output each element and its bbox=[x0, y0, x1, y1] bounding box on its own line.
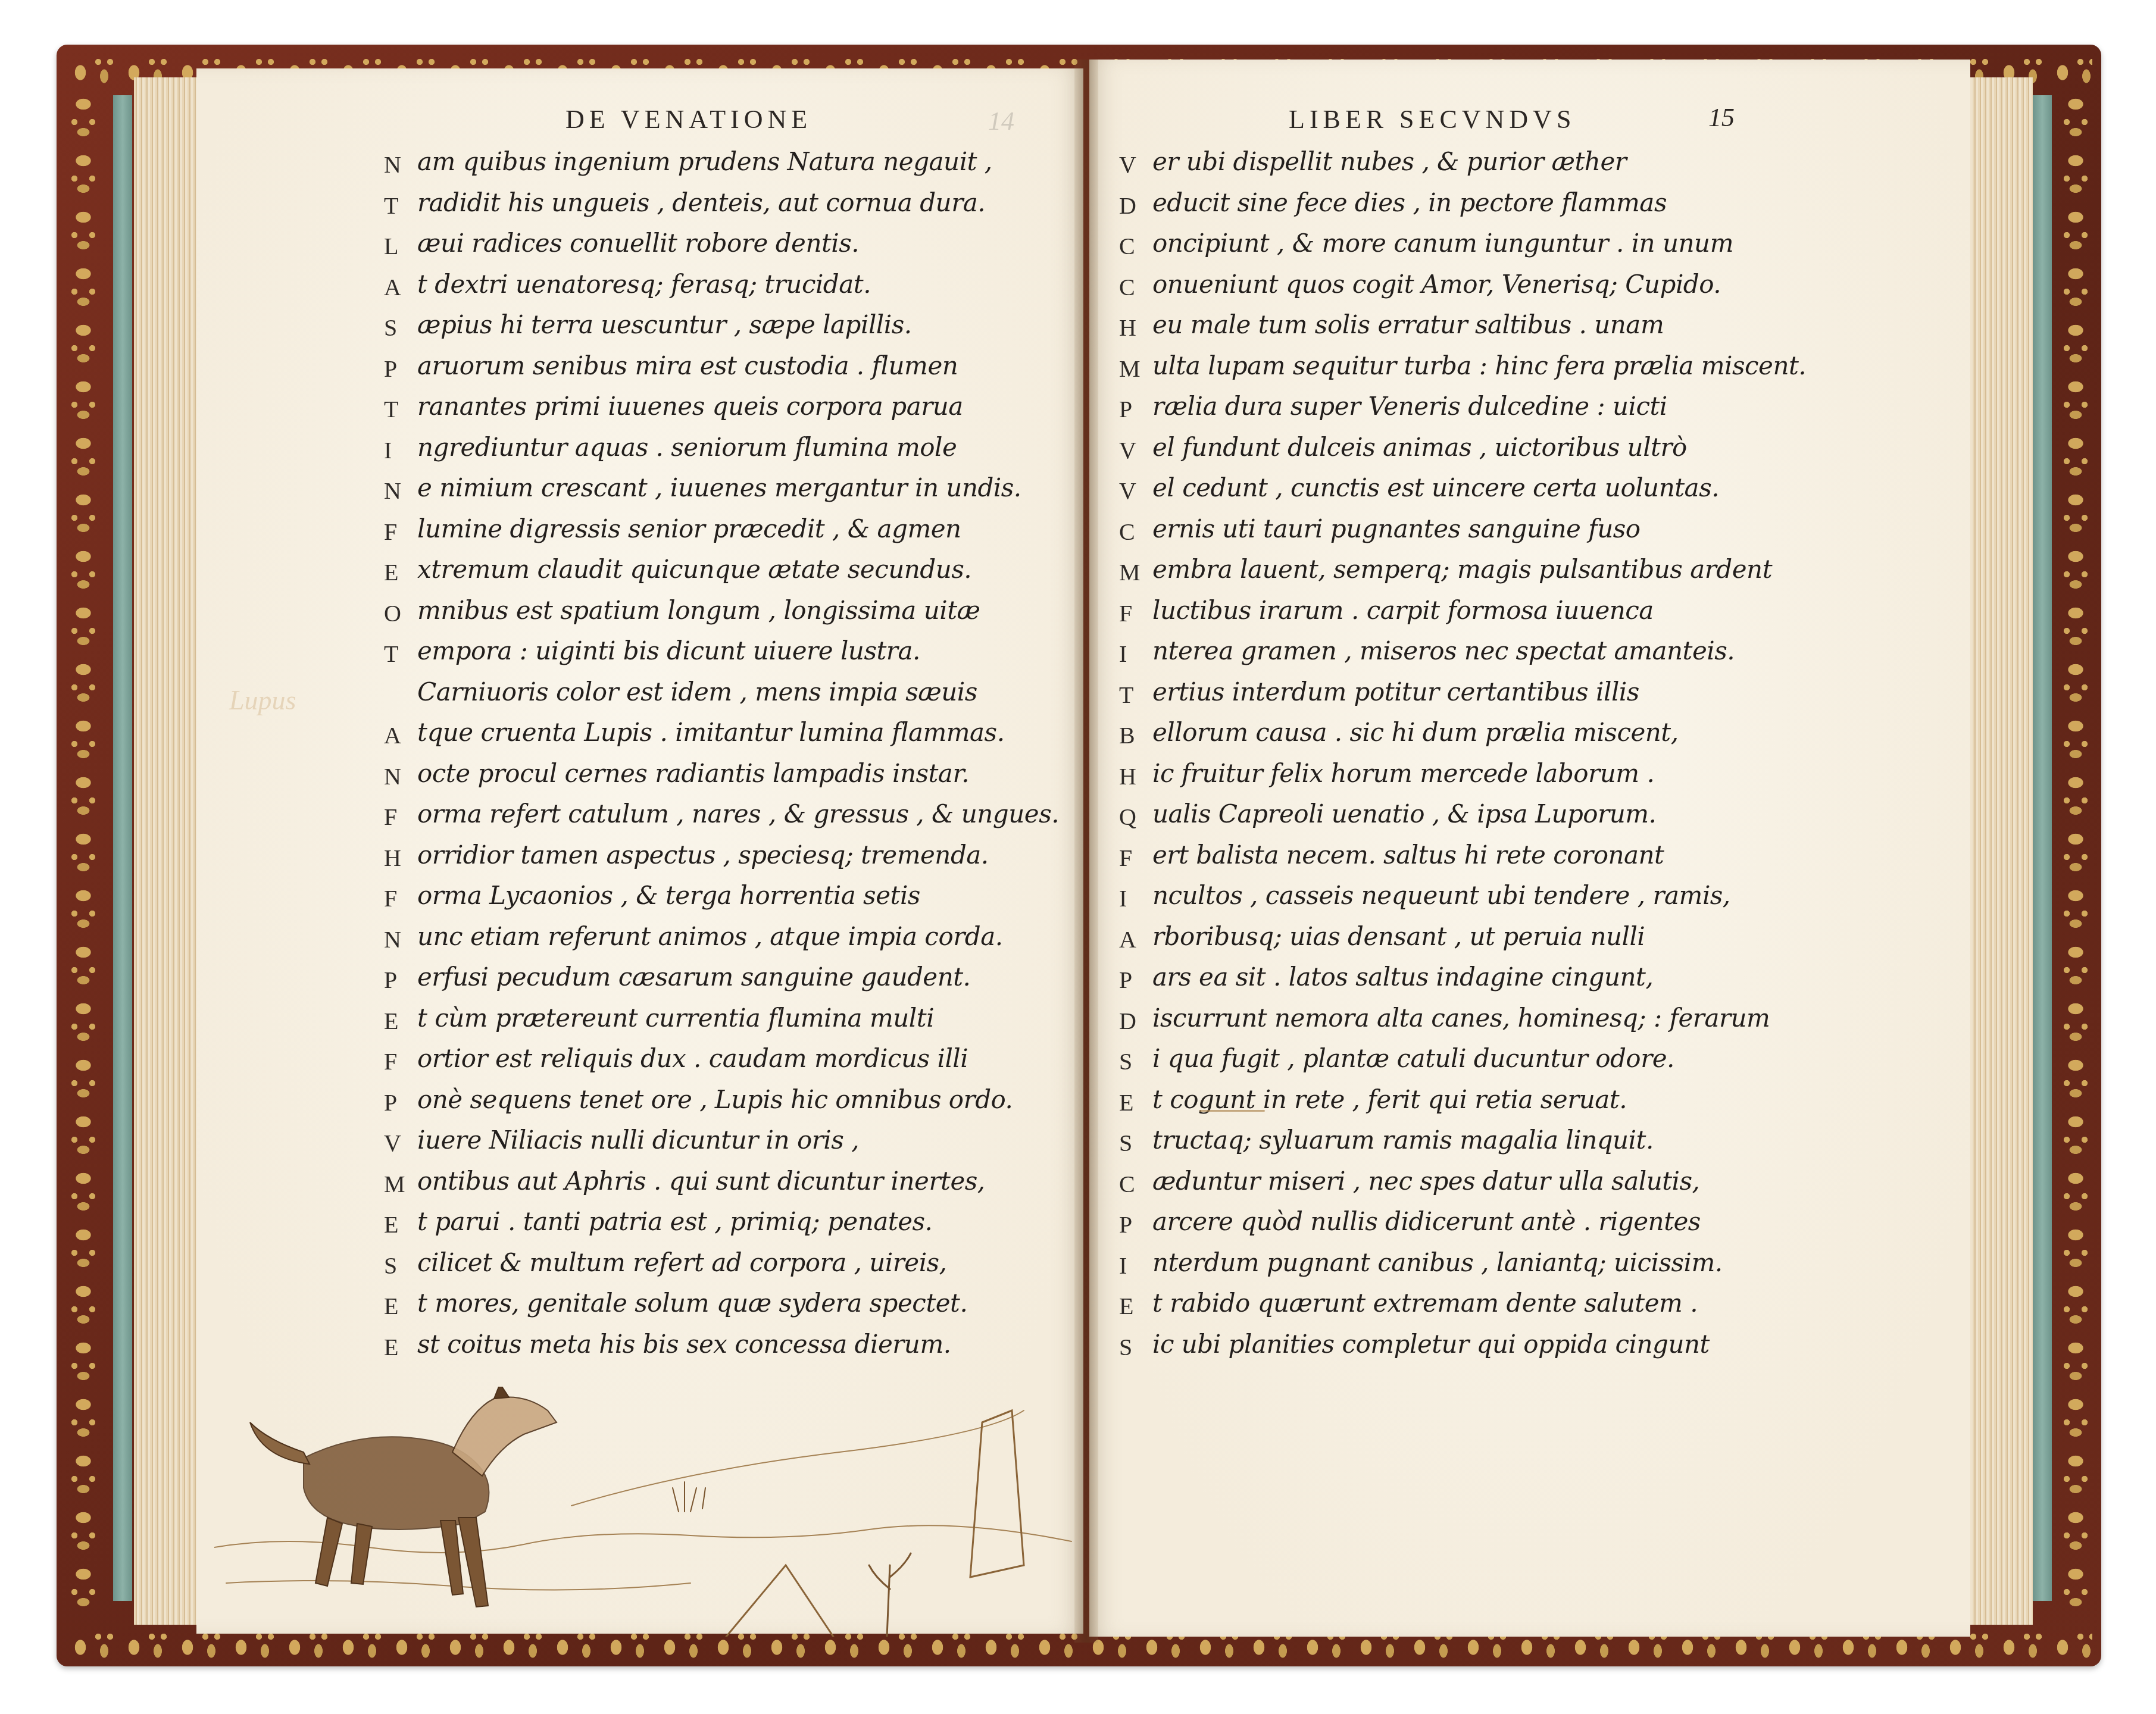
gilt-border-left bbox=[63, 89, 104, 1625]
verse-text: ellorum causa . sic hi dum prælia miscen… bbox=[1152, 718, 1679, 747]
verse-initial: M bbox=[1119, 355, 1149, 383]
verse-initial: H bbox=[384, 844, 414, 872]
verse-text: st coitus meta his bis sex concessa dier… bbox=[417, 1330, 951, 1359]
verse-initial: E bbox=[384, 1007, 414, 1035]
verse-text: aruorum senibus mira est custodia . flum… bbox=[417, 351, 958, 380]
verse-initial: C bbox=[1119, 232, 1149, 260]
verse-initial: P bbox=[384, 1089, 414, 1116]
verse-initial: V bbox=[1119, 151, 1149, 179]
verse-text: ualis Capreoli uenatio , & ipsa Luporum. bbox=[1152, 799, 1656, 828]
verse-initial: A bbox=[384, 721, 414, 749]
gilt-border-right bbox=[2055, 89, 2096, 1625]
verse-initial: S bbox=[384, 1252, 414, 1280]
verse-text: æui radices conuellit robore dentis. bbox=[417, 229, 859, 258]
verse-text: t rabido quærunt extremam dente salutem … bbox=[1152, 1288, 1698, 1318]
verse-initial: N bbox=[384, 477, 414, 505]
verse-initial: P bbox=[1119, 966, 1149, 994]
verse-initial: C bbox=[1119, 518, 1149, 546]
verse-initial: P bbox=[1119, 395, 1149, 423]
verse-text: unc etiam referunt animos , atque impia … bbox=[417, 922, 1003, 951]
verse-initial: E bbox=[1119, 1292, 1149, 1320]
verse-initial: I bbox=[384, 436, 414, 464]
verse-text: æpius hi terra uescuntur , sæpe lapillis… bbox=[417, 310, 912, 339]
verse-initial: T bbox=[1119, 681, 1149, 709]
verse-initial: E bbox=[384, 558, 414, 586]
verse-initial: F bbox=[384, 884, 414, 912]
verse-initial: F bbox=[1119, 599, 1149, 627]
gutter bbox=[1074, 60, 1098, 1643]
verse-text: rboribusq; uias densant , ut peruia null… bbox=[1152, 922, 1645, 951]
verse-text: t cùm prætereunt currentia flumina multi bbox=[417, 1003, 934, 1033]
verse-text: t mores, genitale solum quæ sydera spect… bbox=[417, 1288, 967, 1318]
verse-text: t parui . tanti patria est , primiq; pen… bbox=[417, 1207, 932, 1236]
verse-initial: S bbox=[1119, 1333, 1149, 1361]
endpaper-right bbox=[2033, 95, 2052, 1601]
verse-text: ncultos , casseis nequeunt ubi tendere ,… bbox=[1152, 881, 1730, 910]
verse-text: ontibus aut Aphris . qui sunt dicuntur i… bbox=[417, 1166, 985, 1196]
verse-text: ulta lupam sequitur turba : hinc fera pr… bbox=[1152, 351, 1806, 380]
folio-right: 15 bbox=[1708, 102, 1735, 133]
verse-text: ernis uti tauri pugnantes sanguine fuso bbox=[1152, 514, 1641, 543]
verse-initial: E bbox=[384, 1211, 414, 1238]
verse-initial: S bbox=[384, 314, 414, 342]
verse-text: lumine digressis senior præcedit , & agm… bbox=[417, 514, 961, 543]
verse-text: ertius interdum potitur certantibus illi… bbox=[1152, 677, 1639, 706]
verse-text: æduntur miseri , nec spes datur ulla sal… bbox=[1152, 1166, 1699, 1196]
verse-initial: M bbox=[384, 1170, 414, 1198]
verse-text: ic fruitur felix horum mercede laborum . bbox=[1152, 759, 1654, 788]
verse-text: orma Lycaonios , & terga horrentia setis bbox=[417, 881, 920, 910]
verse-initial: I bbox=[1119, 884, 1149, 912]
verse-initial: P bbox=[384, 966, 414, 994]
verse-initial: Q bbox=[1119, 803, 1149, 831]
verse-initial: I bbox=[1119, 640, 1149, 668]
verse-initial: V bbox=[1119, 477, 1149, 505]
wolf-drawing bbox=[214, 1387, 1077, 1637]
verse-initial: C bbox=[1119, 273, 1149, 301]
verse-text: el fundunt dulceis animas , uictoribus u… bbox=[1152, 433, 1687, 462]
verse-text: nterea gramen , miseros nec spectat aman… bbox=[1152, 636, 1735, 665]
verse-text: luctibus irarum . carpit formosa iuuenca bbox=[1152, 596, 1654, 625]
verse-initial: H bbox=[1119, 314, 1149, 342]
running-head-left: DE VENATIONE bbox=[565, 104, 812, 135]
verse-initial: P bbox=[384, 355, 414, 383]
verse-initial: C bbox=[1119, 1170, 1149, 1198]
margin-note-lupus: Lupus bbox=[229, 684, 296, 716]
verse-text: nterdum pugnant canibus , laniantq; uici… bbox=[1152, 1248, 1723, 1277]
verse-initial: T bbox=[384, 192, 414, 220]
verse-initial: V bbox=[384, 1129, 414, 1157]
verse-text: mnibus est spatium longum , longissima u… bbox=[417, 596, 980, 625]
verse-initial: A bbox=[1119, 925, 1149, 953]
verse-text: am quibus ingenium prudens Natura negaui… bbox=[417, 147, 992, 176]
verse-text: onueniunt quos cogit Amor, Venerisq; Cup… bbox=[1152, 270, 1721, 299]
verse-text: xtremum claudit quicunque ætate secundus… bbox=[417, 555, 971, 584]
verse-initial: S bbox=[1119, 1047, 1149, 1075]
verse-text: ars ea sit . latos saltus indagine cingu… bbox=[1152, 962, 1653, 992]
verse-initial: B bbox=[1119, 721, 1149, 749]
verse-initial: E bbox=[384, 1333, 414, 1361]
verse-text: oncipiunt , & more canum iunguntur . in … bbox=[1152, 229, 1733, 258]
folio-showthrough: 14 bbox=[988, 106, 1014, 136]
verse-text: orma refert catulum , nares , & gressus … bbox=[417, 799, 1059, 828]
verse-text: erfusi pecudum cæsarum sanguine gaudent. bbox=[417, 962, 970, 992]
verse-text: ranantes primi iuuenes queis corpora par… bbox=[417, 392, 963, 421]
verse-text: ic ubi planities completur qui oppida ci… bbox=[1152, 1330, 1710, 1359]
verse-initial: E bbox=[1119, 1089, 1149, 1116]
verse-initial: T bbox=[384, 395, 414, 423]
verse-text: ortior est reliquis dux . caudam mordicu… bbox=[417, 1044, 968, 1073]
verse-text: tructaq; syluarum ramis magalia linquit. bbox=[1152, 1125, 1654, 1155]
verse-initial: E bbox=[384, 1292, 414, 1320]
running-head-right: LIBER SECVNDVS bbox=[1289, 104, 1576, 135]
verse-text: embra lauent, semperq; magis pulsantibus… bbox=[1152, 555, 1772, 584]
verse-text: empora : uiginti bis dicunt uiuere lustr… bbox=[417, 636, 920, 665]
verse-text: Carniuoris color est idem , mens impia s… bbox=[417, 677, 977, 706]
verse-initial: F bbox=[384, 1047, 414, 1075]
verse-initial: F bbox=[1119, 844, 1149, 872]
verse-initial: N bbox=[384, 925, 414, 953]
verse-text: e nimium crescant , iuuenes mergantur in… bbox=[417, 473, 1021, 502]
verse-initial: F bbox=[384, 518, 414, 546]
verse-text: eu male tum solis erratur saltibus . una… bbox=[1152, 310, 1664, 339]
verse-initial: D bbox=[1119, 1007, 1149, 1035]
verse-text: ert balista necem. saltus hi rete corona… bbox=[1152, 840, 1664, 869]
verse-text: er ubi dispellit nubes , & purior æther bbox=[1152, 147, 1626, 176]
ink-underline bbox=[1199, 1110, 1265, 1112]
verse-initial: O bbox=[384, 599, 414, 627]
verse-text: educit sine fece dies , in pectore flamm… bbox=[1152, 188, 1667, 217]
verse-text: onè sequens tenet ore , Lupis hic omnibu… bbox=[417, 1085, 1013, 1114]
verse-text: iscurrunt nemora alta canes, hominesq; :… bbox=[1152, 1003, 1770, 1033]
verse-initial: A bbox=[384, 273, 414, 301]
verse-initial: I bbox=[1119, 1252, 1149, 1280]
verse-text: orridior tamen aspectus , speciesq; trem… bbox=[417, 840, 989, 869]
verse-text: ngrediuntur aquas . seniorum flumina mol… bbox=[417, 433, 957, 462]
verse-text: tque cruenta Lupis . imitantur lumina fl… bbox=[417, 718, 1005, 747]
page-edges-right bbox=[1967, 77, 2033, 1625]
verse-text: cilicet & multum refert ad corpora , uir… bbox=[417, 1248, 946, 1277]
verse-text: iuere Niliacis nulli dicuntur in oris , bbox=[417, 1125, 859, 1155]
verse-text: octe procul cernes radiantis lampadis in… bbox=[417, 759, 969, 788]
verse-initial: S bbox=[1119, 1129, 1149, 1157]
verse-initial: M bbox=[1119, 558, 1149, 586]
verse-initial: F bbox=[384, 803, 414, 831]
verse-initial: P bbox=[1119, 1211, 1149, 1238]
endpaper-left bbox=[113, 95, 132, 1601]
verse-initial: N bbox=[384, 762, 414, 790]
verse-text: t dextri uenatoresq; ferasq; trucidat. bbox=[417, 270, 871, 299]
verse-initial: V bbox=[1119, 436, 1149, 464]
verse-text: i qua fugit , plantæ catuli ducuntur odo… bbox=[1152, 1044, 1674, 1073]
verse-text: radidit his ungueis , denteis, aut cornu… bbox=[417, 188, 985, 217]
verse-text: rælia dura super Veneris dulcedine : uic… bbox=[1152, 392, 1667, 421]
verse-initial: L bbox=[384, 232, 414, 260]
verse-initial: T bbox=[384, 640, 414, 668]
verse-initial: D bbox=[1119, 192, 1149, 220]
verse-text: el cedunt , cunctis est uincere certa uo… bbox=[1152, 473, 1719, 502]
page-edges-left bbox=[134, 77, 199, 1625]
verse-initial: H bbox=[1119, 762, 1149, 790]
verse-text: arcere quòd nullis didicerunt antè . rig… bbox=[1152, 1207, 1701, 1236]
verse-initial: N bbox=[384, 151, 414, 179]
